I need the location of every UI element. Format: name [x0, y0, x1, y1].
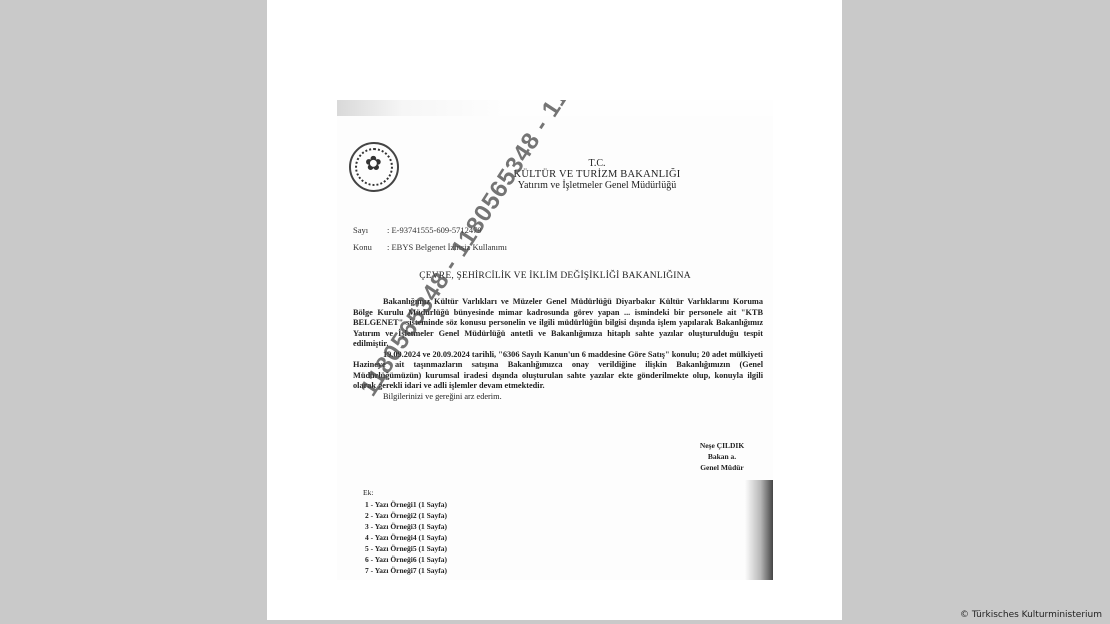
header-tc: T.C. [437, 158, 757, 169]
signer-name: Neşe ÇILDIK [677, 440, 767, 451]
attachment-item: 7 - Yazı Örneği7 (1 Sayfa) [365, 565, 447, 576]
subject-line: Konu: EBYS Belgenet İzinsiz Kullanımı [353, 242, 507, 252]
sayi-label: Sayı [353, 225, 387, 235]
attachment-item: 5 - Yazı Örneği5 (1 Sayfa) [365, 543, 447, 554]
attachment-item: 6 - Yazı Örneği6 (1 Sayfa) [365, 554, 447, 565]
scanned-document: ✿ T.C. KÜLTÜR VE TURİZM BAKANLIĞI Yatırı… [337, 100, 773, 580]
paragraph-3: Bilgilerinizi ve gereğini arz ederim. [353, 392, 763, 403]
attachment-item: 1 - Yazı Örneği1 (1 Sayfa) [365, 499, 447, 510]
signer-title-1: Bakan a. [677, 451, 767, 462]
photo-credit: © Türkisches Kulturministerium [960, 610, 1102, 620]
signature-block: Neşe ÇILDIK Bakan a. Genel Müdür [677, 440, 767, 473]
header-ministry: KÜLTÜR VE TURİZM BAKANLIĞI [437, 169, 757, 180]
signer-title-2: Genel Müdür [677, 462, 767, 473]
attachments-label: Ek: [363, 488, 447, 497]
paragraph-2: 19.09.2024 ve 20.09.2024 tarihli, "6306 … [353, 350, 763, 392]
ministry-emblem-icon: ✿ [349, 142, 399, 192]
attachments-list: Ek: 1 - Yazı Örneği1 (1 Sayfa) 2 - Yazı … [353, 488, 447, 576]
attachment-item: 3 - Yazı Örneği3 (1 Sayfa) [365, 521, 447, 532]
attachment-item: 2 - Yazı Örneği2 (1 Sayfa) [365, 510, 447, 521]
addressee: ÇEVRE, ŞEHİRCİLİK VE İKLİM DEĞİŞİKLİĞİ B… [337, 271, 773, 281]
attachment-item: 4 - Yazı Örneği4 (1 Sayfa) [365, 532, 447, 543]
konu-label: Konu [353, 242, 387, 252]
